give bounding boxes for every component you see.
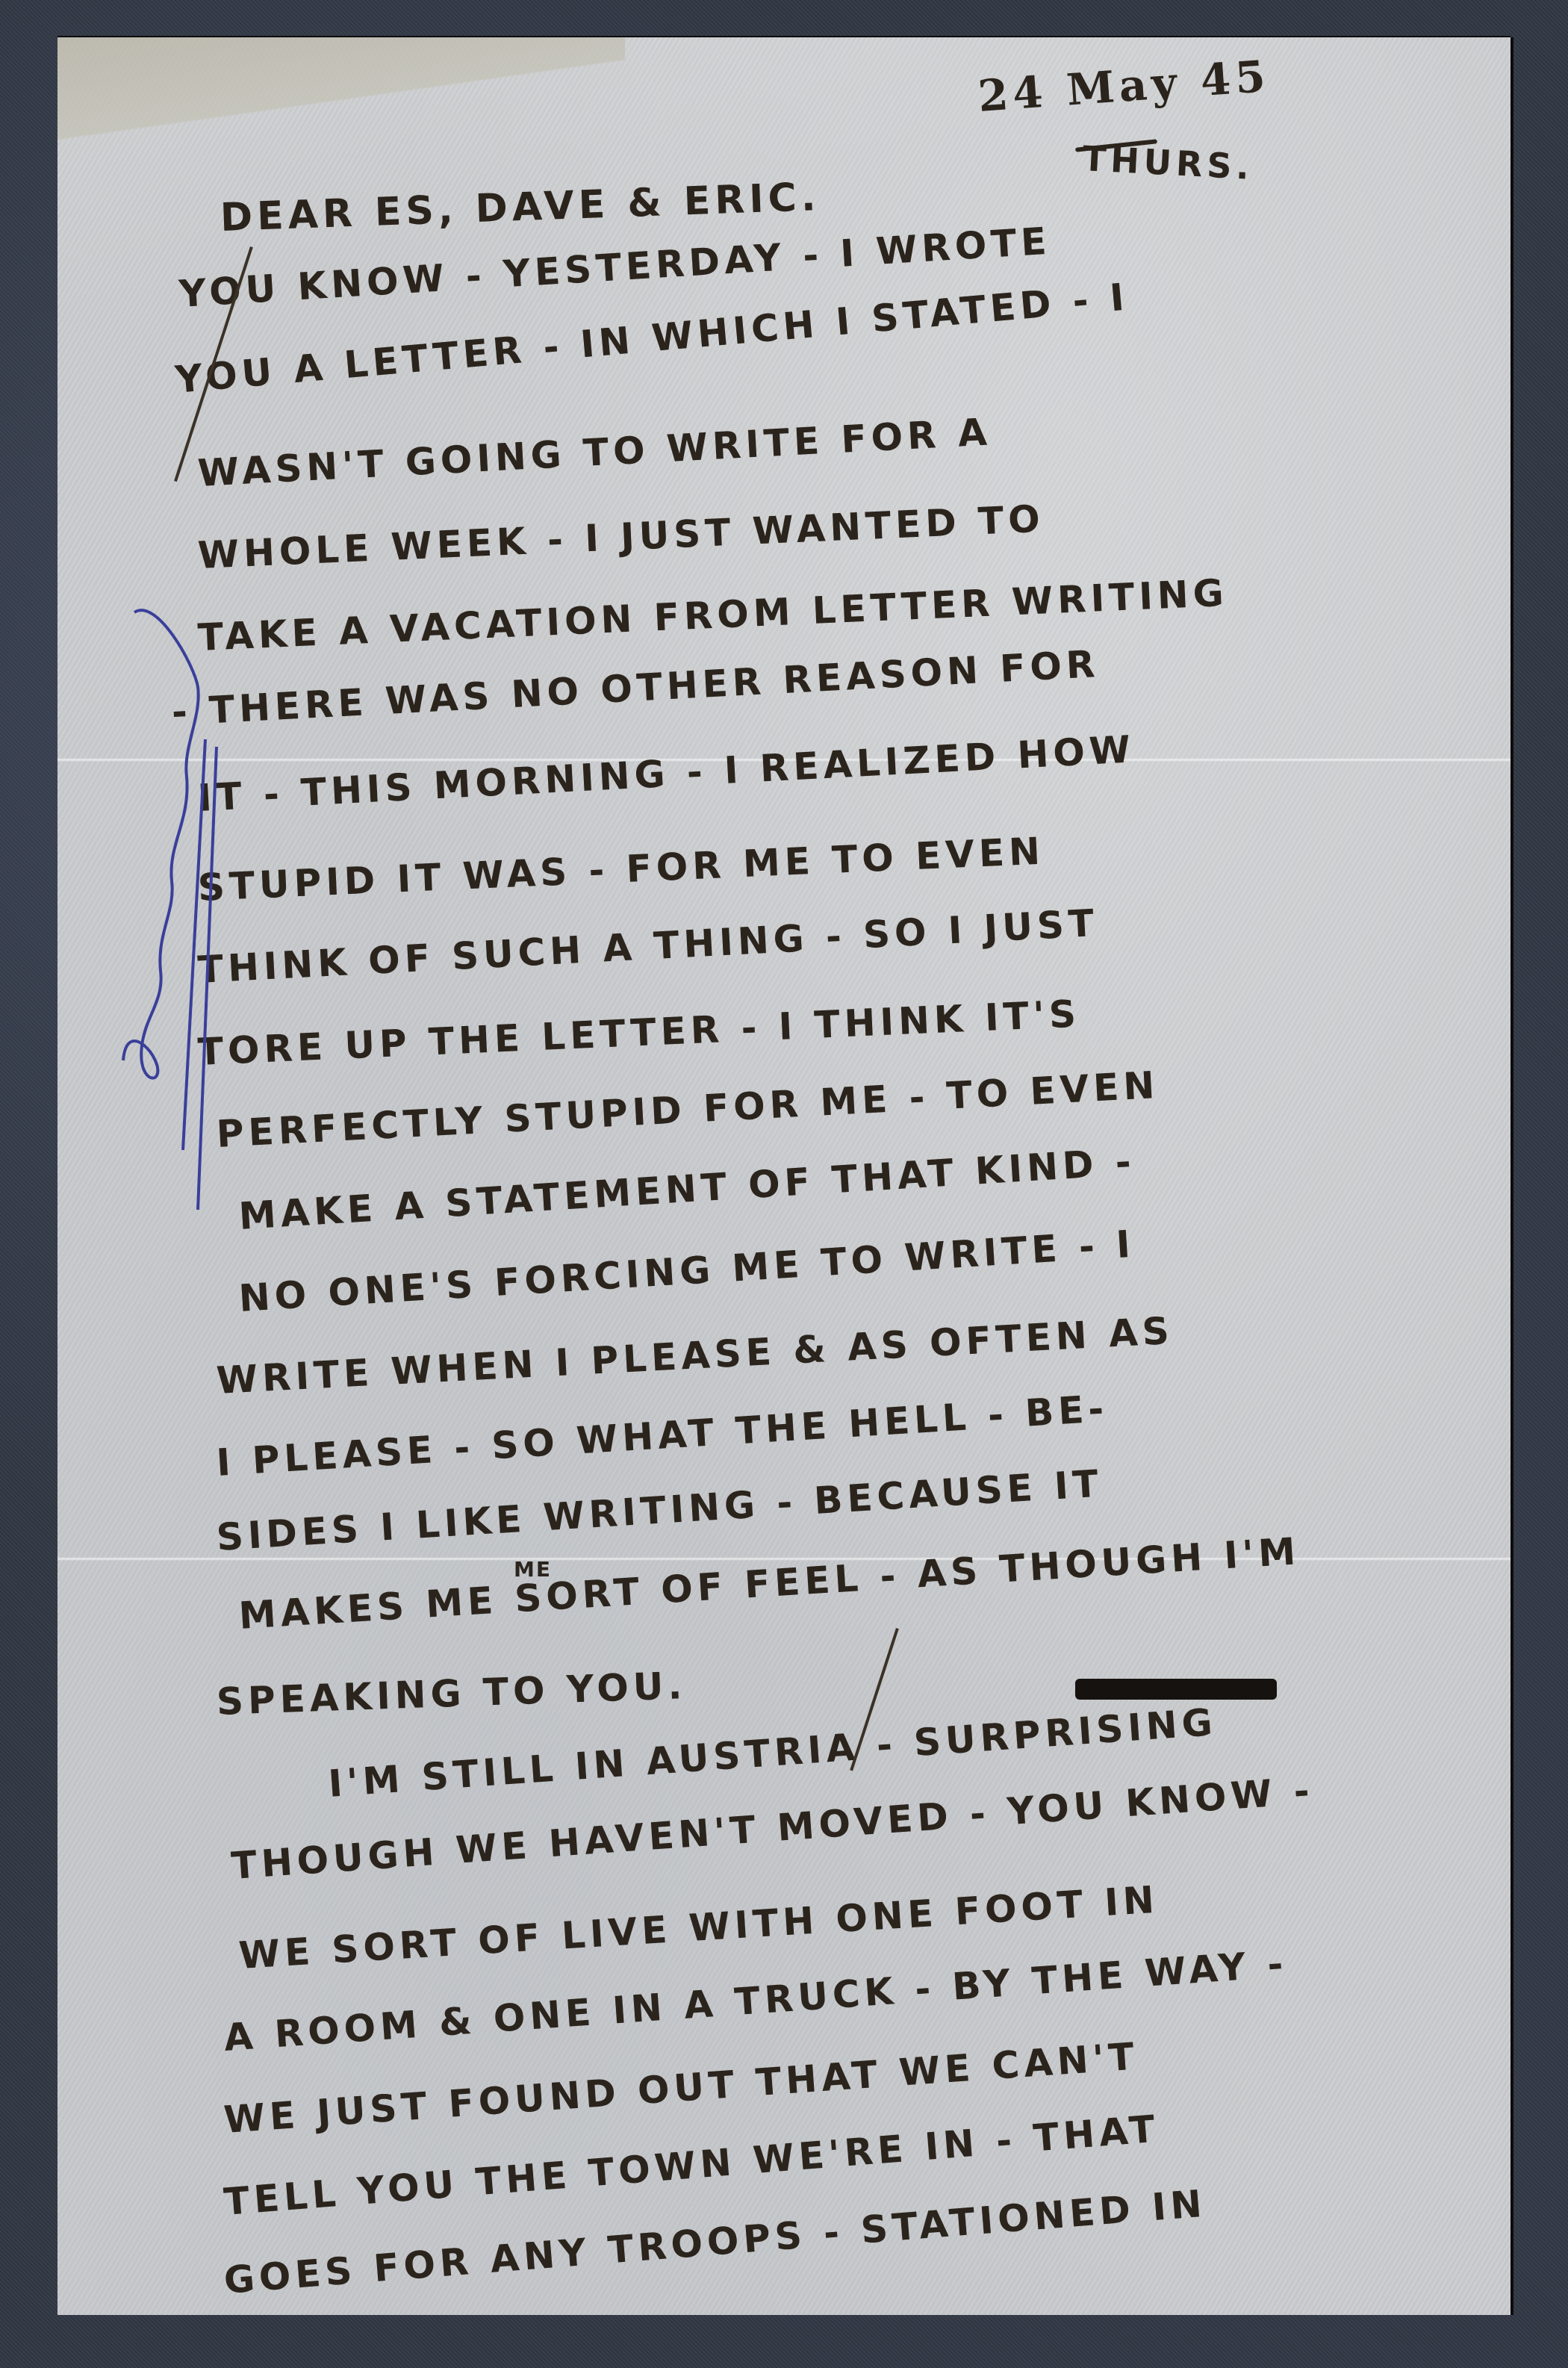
corner-fold (57, 37, 625, 142)
margin-signature-icon (112, 597, 224, 1210)
insertion-me: ME (514, 1557, 552, 1582)
crossed-out-word (1075, 1679, 1277, 1700)
